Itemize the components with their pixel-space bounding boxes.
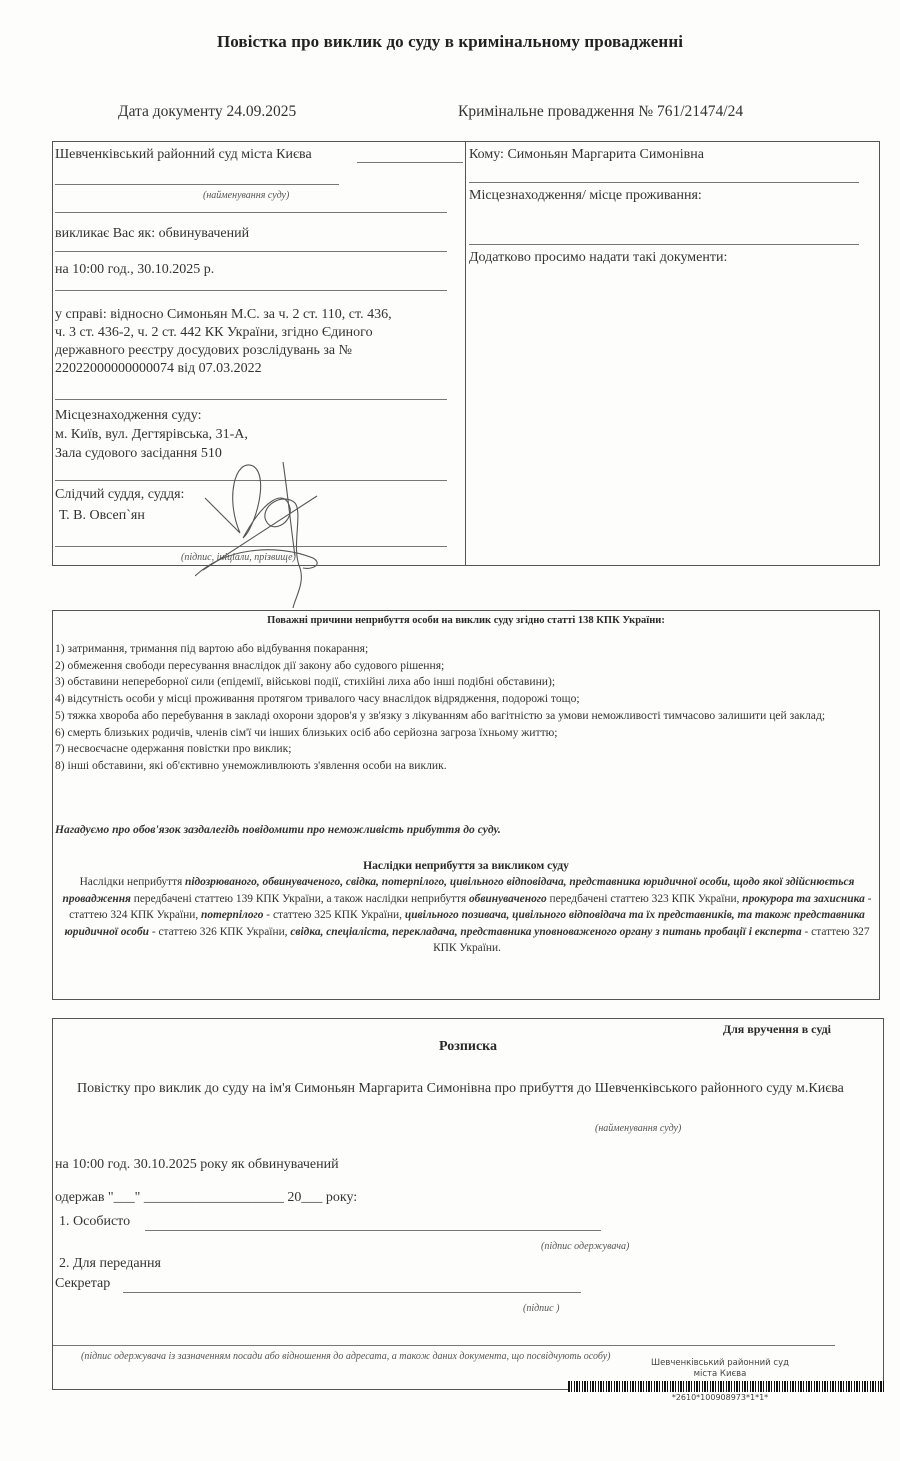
case-description: у справі: відносно Симоньян М.С. за ч. 2… <box>55 306 460 378</box>
hearing-time: на 10:00 год., 30.10.2025 р. <box>55 262 214 278</box>
underline <box>55 399 447 400</box>
consequences-text: Наслідки неприбуття підозрюваного, обвин… <box>59 874 875 957</box>
for-transfer-label: 2. Для передання <box>59 1256 161 1272</box>
reason-item: 8) інші обставини, які об'єктивно унемож… <box>55 758 875 775</box>
reason-item: 5) тяжка хвороба або перебування в закла… <box>55 708 875 725</box>
receipt-title: Розписка <box>53 1039 883 1055</box>
reason-item: 1) затримання, тримання під вартою або в… <box>55 641 875 658</box>
reason-item: 2) обмеження свободи пересування внаслід… <box>55 658 875 675</box>
underline <box>55 212 447 213</box>
divider <box>53 1345 835 1346</box>
received-date-line: одержав "___" ____________________ 20___… <box>55 1190 357 1206</box>
underline <box>357 162 463 163</box>
receipt-box: Для вручення в суді Розписка Повістку пр… <box>52 1018 884 1390</box>
delivery-note: Для вручення в суді <box>723 1022 831 1037</box>
secretary-label: Секретар <box>55 1276 110 1292</box>
underline <box>469 244 859 245</box>
recipient-signature-caption: (підпис одержувача) <box>541 1241 629 1252</box>
judge-label: Слідчий суддя, суддя: <box>55 487 184 503</box>
court-caption: (найменування суду) <box>595 1123 681 1134</box>
column-divider <box>465 142 466 565</box>
judge-signature-icon <box>195 458 335 608</box>
court-name: Шевченківський районний суд міста Києва <box>55 147 312 163</box>
secretary-signature-line[interactable] <box>123 1292 581 1293</box>
judge-name: Т. В. Овсеп`ян <box>59 508 145 524</box>
bottom-caption: (підпис одержувача із зазначенням посади… <box>81 1351 611 1362</box>
reasons-list: 1) затримання, тримання під вартою або в… <box>55 641 875 775</box>
reason-item: 4) відсутність особи у місці проживання … <box>55 691 875 708</box>
reminder-note: Нагадуємо про обов'язок заздалегідь пові… <box>55 823 501 836</box>
case-number: Кримінальне провадження № 761/21474/24 <box>458 103 743 121</box>
underline <box>469 182 859 183</box>
signature-caption: (підпис ) <box>523 1303 559 1314</box>
underline <box>55 290 447 291</box>
court-stamp: Шевченківський районний суд міста Києва <box>640 1358 800 1380</box>
document-date: Дата документу 24.09.2025 <box>118 103 296 121</box>
court-location: Місцезнаходження суду: м. Київ, вул. Дег… <box>55 406 248 463</box>
valid-reasons-box: Поважні причини неприбуття особи на викл… <box>52 610 880 1000</box>
consequences-heading: Наслідки неприбуття за викликом суду <box>53 859 879 872</box>
barcode-icon <box>568 1381 886 1392</box>
reason-item: 6) смерть близьких родичів, членів сім'ї… <box>55 725 875 742</box>
summons-table: Шевченківський районний суд міста Києва … <box>52 141 880 566</box>
receipt-time-line: на 10:00 год. 30.10.2025 року як обвинув… <box>55 1157 339 1173</box>
underline <box>55 251 447 252</box>
recipient-name: Кому: Симоньян Маргарита Симонівна <box>469 147 704 163</box>
summoned-as: викликає Вас як: обвинувачений <box>55 226 249 242</box>
personally-label: 1. Особисто <box>59 1214 130 1230</box>
barcode-number: *2610*100908973*1*1* <box>640 1393 800 1402</box>
court-caption: (найменування суду) <box>203 190 289 201</box>
document-title: Повістка про виклик до суду в кримінальн… <box>0 32 900 52</box>
personal-signature-line[interactable] <box>145 1230 601 1231</box>
documents-request: Додатково просимо надати такі документи: <box>469 250 727 266</box>
underline <box>55 184 339 185</box>
reason-item: 7) несвоєчасне одержання повістки про ви… <box>55 741 875 758</box>
receipt-body: Повістку про виклик до суду на ім'я Симо… <box>55 1079 845 1099</box>
reasons-heading: Поважні причини неприбуття особи на викл… <box>53 615 879 626</box>
recipient-residence: Місцезнаходження/ місце проживання: <box>469 188 702 204</box>
reason-item: 3) обставини непереборної сили (епідемії… <box>55 674 875 691</box>
